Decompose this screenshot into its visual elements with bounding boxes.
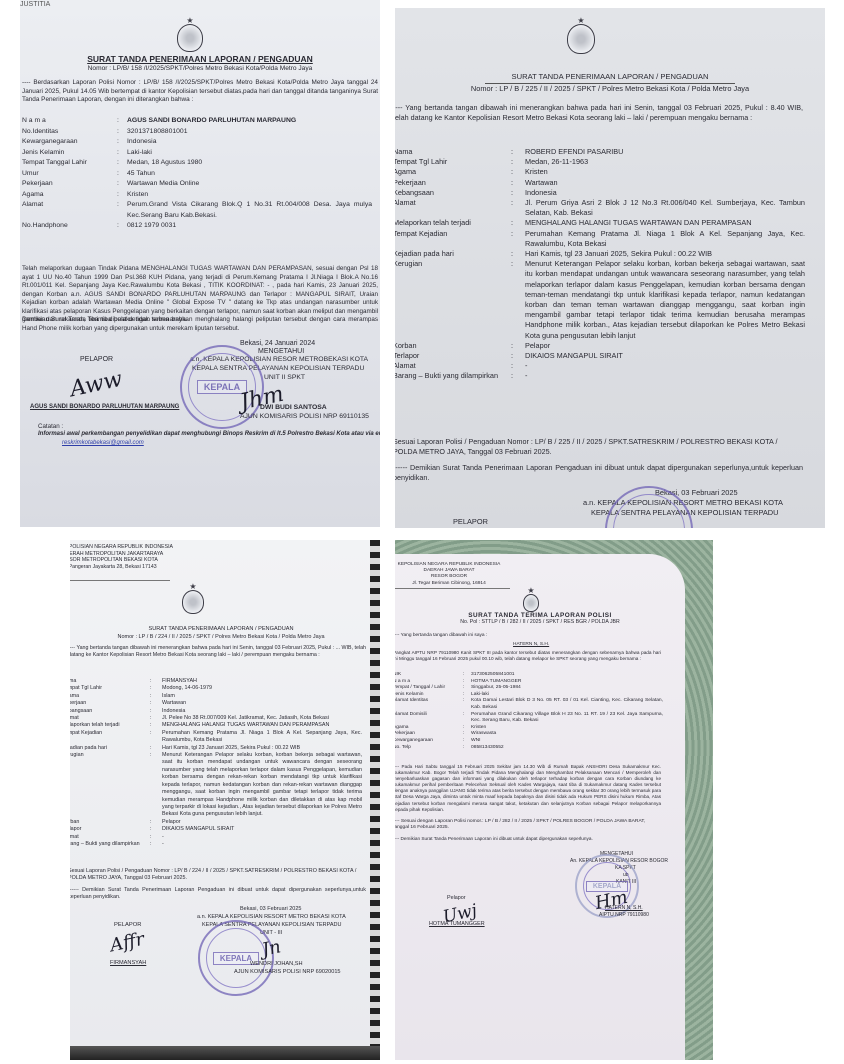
field-colon: : bbox=[463, 731, 471, 738]
field-row: Agama:Islam bbox=[70, 693, 362, 700]
field-colon: : bbox=[463, 679, 471, 686]
field-colon: : bbox=[117, 179, 127, 190]
field-colon: : bbox=[150, 819, 162, 826]
field-label: Pekerjaan bbox=[395, 178, 511, 188]
binder-holes bbox=[370, 540, 380, 1048]
report-reference: Sesuai Laporan Polisi / Pengaduan Nomor … bbox=[395, 437, 803, 457]
field-label: Korban bbox=[70, 819, 150, 826]
acknowledged-label: MENGETAHUI bbox=[258, 348, 304, 356]
field-value: Medan, 26-11-1963 bbox=[525, 157, 805, 167]
field-row: Kewarganegaraan:Indonesia bbox=[22, 137, 372, 148]
field-label: Kejadian pada hari bbox=[395, 249, 511, 259]
field-label: Tempat Tgl Lahir bbox=[395, 157, 511, 167]
field-colon: : bbox=[150, 685, 162, 692]
closing-statement: ------ Demikian Surat Tanda Penerimaan L… bbox=[70, 887, 366, 901]
note-email-link[interactable]: reskrimkotabekasi@gmail.com bbox=[62, 440, 144, 447]
officer-name: HATERN N, S.H. bbox=[605, 906, 643, 912]
field-value: 0812 1979 0031 bbox=[127, 221, 372, 232]
field-label: Kewarganegaraan bbox=[22, 137, 117, 148]
place-date: Bekasi, 24 Januari 2024 bbox=[240, 340, 315, 348]
field-colon: : bbox=[117, 137, 127, 148]
letterhead-line: DAERAH METROPOLITAN JAKARTARAYA bbox=[70, 551, 173, 558]
document-paper: JUSTITIA SURAT TANDA PENERIMAAN LAPORAN … bbox=[20, 0, 380, 527]
field-value: Indonesia bbox=[525, 188, 805, 198]
field-label: Agama bbox=[395, 167, 511, 177]
field-row: Kejadian pada hari:Hari Kamis, tgl 23 Ja… bbox=[395, 249, 805, 259]
field-row: Agama:Kristen bbox=[395, 167, 805, 177]
field-colon: : bbox=[511, 259, 525, 341]
reporter-name: FIRMANSYAH bbox=[110, 960, 146, 966]
field-row: Agama:Kristen bbox=[395, 725, 663, 732]
field-label: Kerugian bbox=[70, 752, 150, 819]
field-row: Alamat:Perum.Grand Vista Cikarang Blok.Q… bbox=[22, 200, 372, 221]
field-colon: : bbox=[150, 715, 162, 722]
field-colon: : bbox=[511, 249, 525, 259]
field-colon: : bbox=[511, 341, 525, 351]
field-value: DIKAIOS MANGAPUL SIRAIT bbox=[162, 826, 362, 833]
document-photo-1: JUSTITIA SURAT TANDA PENERIMAAN LAPORAN … bbox=[20, 0, 380, 527]
document-paper: SURAT TANDA PENERIMAAN LAPORAN / PENGADU… bbox=[395, 8, 825, 528]
field-colon: : bbox=[463, 692, 471, 699]
field-label: Korban bbox=[395, 341, 511, 351]
field-label: Nama bbox=[70, 678, 150, 685]
field-row: Tempat Tgl Lahir:Modong, 14-06-1979 bbox=[70, 685, 362, 692]
field-value: Wartawan bbox=[525, 178, 805, 188]
field-colon: : bbox=[117, 127, 127, 138]
field-colon: : bbox=[150, 700, 162, 707]
field-label: Tempat Tanggal Lahir bbox=[22, 158, 117, 169]
field-label: Tempat Kejadian bbox=[70, 730, 150, 745]
field-colon: : bbox=[463, 738, 471, 745]
officer-name: WENDRI JOHAN,SH bbox=[250, 961, 303, 967]
field-colon: : bbox=[117, 190, 127, 201]
field-colon: : bbox=[150, 834, 162, 841]
field-value: Kristen bbox=[525, 167, 805, 177]
field-label: Pekerjaan bbox=[70, 700, 150, 707]
field-colon: : bbox=[150, 693, 162, 700]
reporter-label: Pelapor bbox=[447, 895, 466, 901]
field-value: 45 Tahun bbox=[127, 169, 372, 180]
identity-fields: NIK:3173062505841001N a m a:HOTMA TUMANG… bbox=[395, 672, 663, 751]
field-colon: : bbox=[511, 218, 525, 228]
field-label: Kewarganegaraan bbox=[395, 738, 463, 745]
field-label: No.Handphone bbox=[22, 221, 117, 232]
field-value: 3173062505841001 bbox=[471, 672, 663, 679]
official-stamp: KEPALA bbox=[198, 920, 274, 996]
document-title: SURAT TANDA PENERIMAAN LAPORAN / PENGADU… bbox=[395, 73, 825, 82]
field-row: Alamat:- bbox=[70, 834, 362, 841]
field-colon: : bbox=[463, 712, 471, 725]
field-row: Alamat:- bbox=[395, 361, 805, 371]
document-number: No. Pol : STTLP / B / 282 / II / 2025 / … bbox=[395, 620, 685, 626]
note-text: Informasi awal perkembangan penyelidikan… bbox=[38, 431, 380, 438]
field-colon: : bbox=[511, 229, 525, 249]
note-label: Catatan : bbox=[38, 423, 63, 430]
field-value: - bbox=[525, 361, 805, 371]
field-label: Agama bbox=[22, 190, 117, 201]
field-label: Pekerjaan bbox=[22, 179, 117, 190]
identity-fields: Nama:FIRMANSYAHTempat Tgl Lahir:Modong, … bbox=[70, 678, 362, 848]
field-value: 3201371808801001 bbox=[127, 127, 372, 138]
field-value: Wiraswasta bbox=[471, 731, 663, 738]
field-colon: : bbox=[117, 158, 127, 169]
document-intro: ---- Berdasarkan Laporan Polisi Nomor : … bbox=[22, 79, 378, 105]
letterhead-line: Jl. Tegar Beriman Cibinong, 16914 bbox=[395, 581, 509, 587]
reporter-name: HOTMA TUMANGGER bbox=[429, 921, 485, 927]
field-row: Kebangsaan:Indonesia bbox=[70, 708, 362, 715]
field-colon: : bbox=[511, 167, 525, 177]
field-label: No.Identitas bbox=[22, 127, 117, 138]
field-value: Wartawan Media Online bbox=[127, 179, 372, 190]
field-value: ROBERD EFENDI PASARIBU bbox=[525, 147, 805, 157]
document-photo-4: KEPOLISIAN NEGARA REPUBLIK INDONESIADAER… bbox=[395, 540, 713, 1060]
field-colon: : bbox=[150, 678, 162, 685]
document-number: Nomor : LP / B / 225 / II / 2025 / SPKT … bbox=[395, 85, 825, 94]
field-colon: : bbox=[463, 725, 471, 732]
identity-fields: Nama:ROBERD EFENDI PASARIBUTempat Tgl La… bbox=[395, 147, 805, 382]
officer-line-3: UNIT II SPKT bbox=[264, 374, 305, 382]
field-row: No. Telp:085813430552 bbox=[395, 745, 663, 752]
field-label: Barang – Bukti yang dilampirkan bbox=[395, 371, 511, 381]
field-row: Terlapor:DIKAIOS MANGAPUL SIRAIT bbox=[395, 351, 805, 361]
field-row: Pekerjaan:Wartawan bbox=[395, 178, 805, 188]
field-value: Wartawan bbox=[162, 700, 362, 707]
reporter-label: PELAPOR bbox=[80, 356, 113, 364]
field-value: MENGHALANG HALANGI TUGAS WARTAWAN DAN PE… bbox=[162, 722, 362, 729]
field-colon: : bbox=[150, 745, 162, 752]
field-label: Tempat Kejadian bbox=[395, 229, 511, 249]
document-number: Nomor : LP/B/ 158 /I/2025/SPKT/Polres Me… bbox=[20, 65, 380, 73]
field-label: Melaporkan telah terjadi bbox=[70, 722, 150, 729]
field-label: Agama bbox=[70, 693, 150, 700]
field-value: Perumahan Kemang Pratama Jl. Niaga 1 Blo… bbox=[525, 229, 805, 249]
field-row: Umur:45 Tahun bbox=[22, 169, 372, 180]
field-row: Alamat:Jl. Pelee No 38 Rt.007/009 Kel. J… bbox=[70, 715, 362, 722]
field-label: Tempat / Tanggal / Lahir bbox=[395, 685, 463, 692]
field-row: Tempat Kejadian:Perumahan Kemang Pratama… bbox=[395, 229, 805, 249]
letterhead-line: Jl. Pangeran Jayakarta 28, Bekasi 17143 bbox=[70, 564, 173, 571]
field-colon: : bbox=[117, 221, 127, 232]
field-value: WNI bbox=[471, 738, 663, 745]
field-row: Alamat Identitas:Kota Damai Lestari Blok… bbox=[395, 698, 663, 711]
field-label: Alamat bbox=[22, 200, 117, 221]
field-row: Kerugian:Menurut Keterangan Pelapor sela… bbox=[395, 259, 805, 341]
field-value: Perumahan Kemang Pratama Jl. Niaga 1 Blo… bbox=[162, 730, 362, 745]
field-label: Alamat bbox=[70, 715, 150, 722]
field-value: Pelapor bbox=[162, 819, 362, 826]
document-photo-2: SURAT TANDA PENERIMAAN LAPORAN / PENGADU… bbox=[395, 8, 825, 528]
field-label: Alamat bbox=[70, 834, 150, 841]
field-label: Alamat Identitas bbox=[395, 698, 463, 711]
field-label: Kebangsaan bbox=[395, 188, 511, 198]
field-value: Medan, 18 Agustus 1980 bbox=[127, 158, 372, 169]
field-row: NIK:3173062505841001 bbox=[395, 672, 663, 679]
identity-fields: N a m a:AGUS SANDI BONARDO PARLUHUTAN MA… bbox=[22, 116, 372, 232]
field-row: Barang – Bukti yang dilampirkan:- bbox=[395, 371, 805, 381]
field-row: No.Identitas:3201371808801001 bbox=[22, 127, 372, 138]
field-label: Umur bbox=[22, 169, 117, 180]
field-value: 085813430552 bbox=[471, 745, 663, 752]
field-value: Indonesia bbox=[162, 708, 362, 715]
field-colon: : bbox=[117, 169, 127, 180]
field-label: Tempat Tgl Lahir bbox=[70, 685, 150, 692]
field-colon: : bbox=[511, 157, 525, 167]
field-row: Alamat Domisili:Perumahan Grand Cikarang… bbox=[395, 712, 663, 725]
field-label: Kejadian pada hari bbox=[70, 745, 150, 752]
field-row: Kerugian:Menurut Keterangan Pelapor sela… bbox=[70, 752, 362, 819]
officer-line-1: a.n. KEPALA KEPOLISIAN RESORT METRO BEKA… bbox=[197, 914, 346, 920]
field-colon: : bbox=[511, 198, 525, 218]
signer-name: HATERN N, S.H. bbox=[513, 642, 549, 648]
police-emblem-icon bbox=[523, 594, 539, 612]
letterhead-rule bbox=[70, 580, 170, 581]
signer-intro: ---- Yang bertanda tangan dibawah ini sa… bbox=[395, 633, 487, 639]
field-row: Tempat Tanggal Lahir:Medan, 18 Agustus 1… bbox=[22, 158, 372, 169]
field-value: Modong, 14-06-1979 bbox=[162, 685, 362, 692]
field-colon: : bbox=[511, 188, 525, 198]
field-colon: : bbox=[511, 351, 525, 361]
closing-statement: ---- Demikian Surat Tanda Penerimaan Lap… bbox=[395, 836, 661, 842]
reporter-label: PELAPOR bbox=[114, 922, 141, 929]
field-colon: : bbox=[150, 722, 162, 729]
field-value: Jl. Perum Griya Asri 2 Blok J 12 No.3 Rt… bbox=[525, 198, 805, 218]
field-colon: : bbox=[117, 200, 127, 221]
field-value: FIRMANSYAH bbox=[162, 678, 362, 685]
document-paper: KEPOLISIAN NEGARA REPUBLIK INDONESIADAER… bbox=[395, 554, 685, 1060]
field-colon: : bbox=[150, 730, 162, 745]
letterhead: KEPOLISIAN NEGARA REPUBLIK INDONESIADAER… bbox=[70, 544, 173, 570]
field-row: Jenis Kelamin:Laki-laki bbox=[22, 148, 372, 159]
field-value: Singgabur, 25-05-1984 bbox=[471, 685, 663, 692]
document-intro: ---- Yang bertanda tangan dibawah ini me… bbox=[395, 103, 803, 123]
field-value: Menurut Keterangan Pelapor selaku korban… bbox=[525, 259, 805, 341]
field-label: Alamat Domisili bbox=[395, 712, 463, 725]
field-label: N a m a bbox=[22, 116, 117, 127]
field-value: Kristen bbox=[127, 190, 372, 201]
document-number: Nomor : LP / B / 224 / II / 2025 / SPKT … bbox=[70, 634, 372, 640]
officer-signature: Jn bbox=[260, 936, 283, 960]
document-photo-3: KEPOLISIAN NEGARA REPUBLIK INDONESIADAER… bbox=[70, 540, 380, 1060]
field-row: Alamat:Jl. Perum Griya Asri 2 Blok J 12 … bbox=[395, 198, 805, 218]
reporter-label: PELAPOR bbox=[453, 518, 488, 527]
document-title: SURAT TANDA PENERIMAAN LAPORAN / PENGADU… bbox=[20, 55, 380, 65]
field-label: Kerugian bbox=[395, 259, 511, 341]
field-row: N a m a:AGUS SANDI BONARDO PARLUHUTAN MA… bbox=[22, 116, 372, 127]
field-value: DIKAIOS MANGAPUL SIRAIT bbox=[525, 351, 805, 361]
reporter-signature: Aww bbox=[68, 367, 125, 402]
field-row: No.Handphone:0812 1979 0031 bbox=[22, 221, 372, 232]
officer-rank: AJUN KOMISARIS POLISI NRP 69020015 bbox=[234, 969, 341, 975]
closing-statement: Demikian Surat Tanda Terima dibuat denga… bbox=[22, 316, 188, 323]
letterhead-rule bbox=[395, 588, 510, 589]
incident-description: ---- Pada Hari Sabtu tanggal 15 Februari… bbox=[395, 764, 661, 813]
field-row: Agama:Kristen bbox=[22, 190, 372, 201]
officer-rank: AIPTU NRP 79110980 bbox=[599, 913, 649, 919]
officer-name: DWI BUDI SANTOSA bbox=[260, 404, 327, 412]
background-surface bbox=[70, 1046, 380, 1060]
field-colon: : bbox=[117, 148, 127, 159]
field-colon: : bbox=[463, 672, 471, 679]
field-value: Indonesia bbox=[127, 137, 372, 148]
field-label: Jenis Kelamin bbox=[22, 148, 117, 159]
field-value: - bbox=[525, 371, 805, 381]
field-value: Laki-laki bbox=[127, 148, 372, 159]
field-row: Korban:Pelapor bbox=[395, 341, 805, 351]
reporter-name: AGUS SANDI BONARDO PARLUHUTAN MARPAUNG bbox=[30, 404, 179, 411]
field-label: Pekerjaan bbox=[395, 731, 463, 738]
field-colon: : bbox=[150, 708, 162, 715]
field-row: Pekerjaan:Wiraswasta bbox=[395, 731, 663, 738]
field-row: Kejadian pada hari:Hari Kamis, tgl 23 Ja… bbox=[70, 745, 362, 752]
document-title: SURAT TANDA PENERIMAAN LAPORAN / PENGADU… bbox=[70, 626, 372, 632]
field-row: Tempat / Tanggal / Lahir:Singgabur, 25-0… bbox=[395, 685, 663, 692]
field-value: Islam bbox=[162, 693, 362, 700]
field-row: Tempat Kejadian:Perumahan Kemang Pratama… bbox=[70, 730, 362, 745]
field-row: Terlapor:DIKAIOS MANGAPUL SIRAIT bbox=[70, 826, 362, 833]
field-row: Melaporkan telah terjadi:MENGHALANG HALA… bbox=[70, 722, 362, 729]
field-label: Melaporkan telah terjadi bbox=[395, 218, 511, 228]
field-value: Perumahan Grand Cikarang Village Blok H … bbox=[471, 712, 663, 725]
field-row: Barang – Bukti yang dilampirkan:- bbox=[70, 841, 362, 848]
document-intro: ---- Yang bertanda tangan dibawah ini me… bbox=[70, 645, 366, 659]
report-reference: ---- Sesuai dengan Laporan Polisi nomor.… bbox=[395, 819, 661, 832]
field-value: Hari Kamis, tgl 23 Januari 2025, Sekira … bbox=[162, 745, 362, 752]
field-colon: : bbox=[463, 698, 471, 711]
field-row: Nama:ROBERD EFENDI PASARIBU bbox=[395, 147, 805, 157]
field-row: Kewarganegaraan:WNI bbox=[395, 738, 663, 745]
field-label: No. Telp bbox=[395, 745, 463, 752]
field-value: Jl. Pelee No 38 Rt.007/009 Kel. Jatikram… bbox=[162, 715, 362, 722]
field-colon: : bbox=[511, 178, 525, 188]
field-value: Menurut Keterangan Pelapor selaku korban… bbox=[162, 752, 362, 819]
page-top-fragment: JUSTITIA bbox=[20, 1, 50, 9]
police-emblem-icon bbox=[182, 590, 204, 614]
field-value: Perum.Grand Vista Cikarang Blok.Q 1 No.3… bbox=[127, 200, 372, 221]
closing-statement: ------ Demikian Surat Tanda Penerimaan L… bbox=[395, 463, 803, 483]
field-value: Pelapor bbox=[525, 341, 805, 351]
field-colon: : bbox=[463, 685, 471, 692]
field-value: - bbox=[162, 834, 362, 841]
field-value: AGUS SANDI BONARDO PARLUHUTAN MARPAUNG bbox=[127, 116, 372, 127]
document-intro: Pangkat AIPTU NRP 79110980 Kanit SPKT II… bbox=[395, 650, 661, 662]
field-value: Kristen bbox=[471, 725, 663, 732]
field-colon: : bbox=[150, 826, 162, 833]
field-label: Nama bbox=[395, 147, 511, 157]
field-label: Barang – Bukti yang dilampirkan bbox=[70, 841, 150, 848]
letterhead-line: RESOR METROPOLITAN BEKASI KOTA bbox=[70, 557, 173, 564]
field-label: Alamat bbox=[395, 198, 511, 218]
field-row: Melaporkan telah terjadi:MENGHALANG HALA… bbox=[395, 218, 805, 228]
field-value: MENGHALANG HALANGI TUGAS WARTAWAN DAN PE… bbox=[525, 218, 805, 228]
document-paper: KEPOLISIAN NEGARA REPUBLIK INDONESIADAER… bbox=[70, 540, 372, 1048]
letterhead: KEPOLISIAN NEGARA REPUBLIK INDONESIADAER… bbox=[395, 562, 509, 587]
field-value: - bbox=[162, 841, 362, 848]
field-colon: : bbox=[511, 371, 525, 381]
field-value: Kota Damai Lestari Blok D 3 No. 05 RT. 0… bbox=[471, 698, 663, 711]
field-colon: : bbox=[511, 361, 525, 371]
field-row: Pekerjaan:Wartawan bbox=[70, 700, 362, 707]
place-date: Bekasi, 03 Februari 2025 bbox=[240, 906, 301, 912]
field-label: Terlapor bbox=[70, 826, 150, 833]
field-label: NIK bbox=[395, 672, 463, 679]
field-row: Kebangsaan:Indonesia bbox=[395, 188, 805, 198]
field-row: Korban:Pelapor bbox=[70, 819, 362, 826]
field-colon: : bbox=[150, 752, 162, 819]
field-colon: : bbox=[117, 116, 127, 127]
field-label: Terlapor bbox=[395, 351, 511, 361]
field-row: Pekerjaan:Wartawan Media Online bbox=[22, 179, 372, 190]
reporter-signature: Affr bbox=[108, 929, 146, 957]
police-emblem-icon bbox=[567, 24, 595, 54]
field-row: Nama:FIRMANSYAH bbox=[70, 678, 362, 685]
officer-rank: AJUN KOMISARIS POLISI NRP 69110135 bbox=[240, 413, 369, 421]
field-row: Tempat Tgl Lahir:Medan, 26-11-1963 bbox=[395, 157, 805, 167]
letterhead-line: KEPOLISIAN NEGARA REPUBLIK INDONESIA bbox=[70, 544, 173, 551]
field-value: Hari Kamis, tgl 23 Januari 2025, Sekira … bbox=[525, 249, 805, 259]
field-label: Alamat bbox=[395, 361, 511, 371]
field-label: Kebangsaan bbox=[70, 708, 150, 715]
police-emblem-icon bbox=[177, 24, 203, 52]
field-colon: : bbox=[511, 147, 525, 157]
report-reference: Sesuai Laporan Polisi / Pengaduan Nomor … bbox=[70, 868, 366, 882]
field-colon: : bbox=[150, 841, 162, 848]
field-colon: : bbox=[463, 745, 471, 752]
